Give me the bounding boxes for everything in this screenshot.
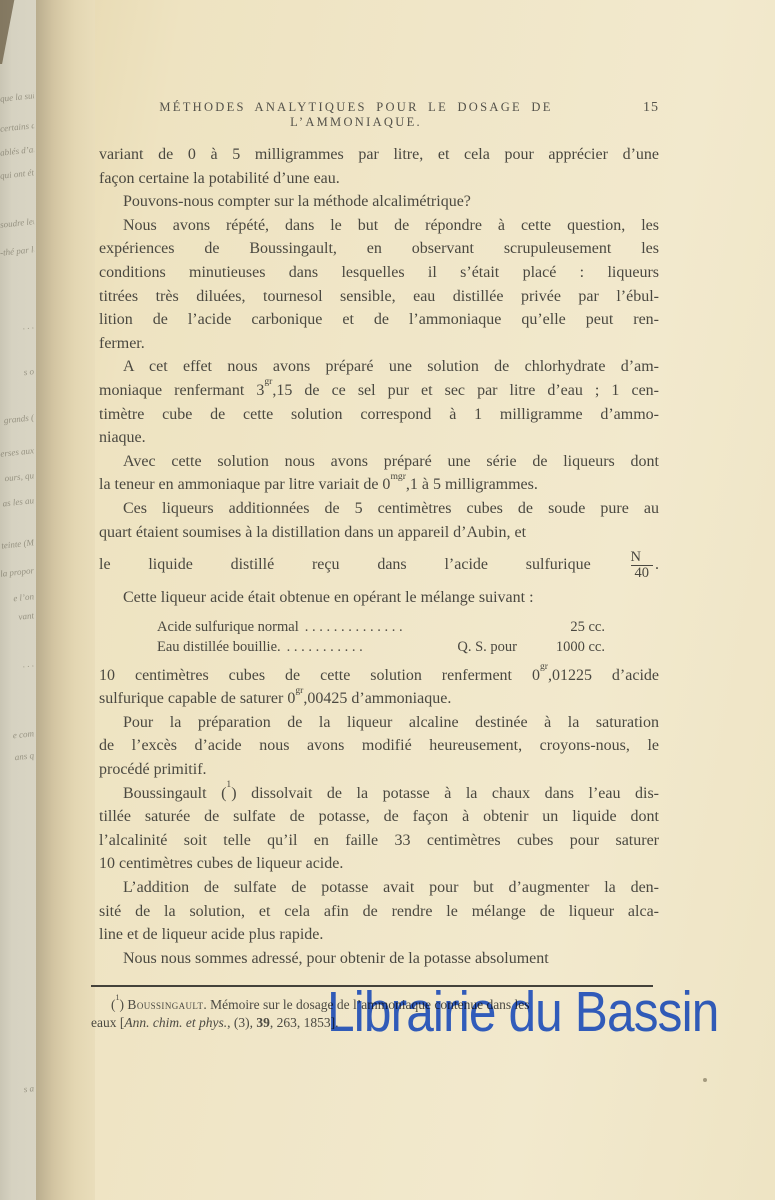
watermark-text: Librairie du Bassin [327,984,718,1041]
table-row-qualifier: Q. S. pour [457,637,517,657]
table-row-label: Acide sulfurique normal [157,617,299,637]
gutter-text-fragment: e l’on [0,591,34,604]
text-line: Nous nous sommes adressé, pour obtenir d… [99,947,659,971]
text-line: Avec cette solution nous avons préparé u… [99,450,659,474]
gutter-text-fragment: . . . [0,658,34,671]
text-line: timètre cube de cette solution correspon… [99,403,659,427]
gutter-text-fragment: vant [0,610,34,623]
dot-leader: . . . . . . . . . . . [287,637,452,657]
fraction-line-text: le liquide distillé reçu dans l’acide su… [99,556,629,573]
table-row: Eau distillée bouillie.. . . . . . . . .… [157,637,605,657]
gutter-text-fragment: . . . [0,320,34,333]
gutter-text-fragment: teinte (M [0,537,34,550]
gutter-text-fragment: ans q [0,750,34,763]
text-line: 10 centimètres cubes de cette solution r… [99,664,659,688]
text-line: Pour la préparation de la liqueur alcali… [99,711,659,735]
gutter-text-fragment: s a [0,1083,34,1096]
fraction: N40 [629,550,656,581]
page-content: MÉTHODES ANALYTIQUES POUR LE DOSAGE DE L… [99,0,659,1031]
text-line: quart étaient soumises à la distillation… [99,521,659,545]
text-line: tillée saturée de sulfate de potasse, de… [99,805,659,829]
text-line: variant de 0 à 5 milligrammes par litre,… [99,143,659,167]
gutter-text-fragment: -thé par la [0,244,34,257]
text-line: Nous avons répété, dans le but de répond… [99,214,659,238]
gutter-text-fragment: ours, qu [0,470,34,483]
text-line: conditions minutieuses dans lesquelles i… [99,261,659,285]
paper-speck [703,1078,707,1082]
page-number: 15 [613,100,659,116]
scanned-book-page: { "page": { "header": { "title": "MÉTHOD… [0,0,775,1200]
text-line: façon certaine la potabilité d’une eau. [99,167,659,191]
text-line: niaque. [99,426,659,450]
table-row-value: 25 cc. [531,617,605,637]
table-row: Acide sulfurique normal. . . . . . . . .… [157,617,605,637]
page-body: variant de 0 à 5 milligrammes par litre,… [99,143,659,970]
gutter-text-fragment: as les au [0,495,34,508]
fraction-numerator: N [631,550,654,565]
text-line: de l’excès d’acide nous avons modifié he… [99,734,659,758]
text-line: l’alcalinité soit telle qu’il en faille … [99,829,659,853]
text-line: sité de la solution, et cela afin de ren… [99,900,659,924]
gutter-text-fragment: erses aux [0,445,34,458]
gutter-text-fragment: que la suite [0,90,34,103]
text-line: Cette liqueur acide était obtenue en opé… [99,586,659,610]
gutter-text-fragment: soudre leur [0,216,34,229]
running-header: MÉTHODES ANALYTIQUES POUR LE DOSAGE DE L… [99,0,659,130]
text-line: Boussingault (1) dissolvait de la potass… [99,782,659,806]
text-line-with-fraction: le liquide distillé reçu dans l’acide su… [99,544,659,586]
book-page: MÉTHODES ANALYTIQUES POUR LE DOSAGE DE L… [95,0,775,1200]
gutter-text-fragment: grands ( [0,412,34,425]
header-title: MÉTHODES ANALYTIQUES POUR LE DOSAGE DE L… [99,100,613,130]
text-line: Ces liqueurs additionnées de 5 centimètr… [99,497,659,521]
text-line: Pouvons-nous compter sur la méthode alca… [99,190,659,214]
text-line: expériences de Boussingault, en observan… [99,237,659,261]
table-row-label: Eau distillée bouillie. [157,637,281,657]
text-line: moniaque renfermant 3gr,15 de ce sel pur… [99,379,659,403]
gutter-text-fragment: s o [0,366,34,379]
text-line: L’addition de sulfate de potasse avait p… [99,876,659,900]
gutter-text-fragment: ablés d’am [0,144,34,157]
gutter-text-fragment: certains dil [0,120,34,133]
text-line: lition de l’acide carbonique et de l’amm… [99,308,659,332]
fraction-denominator: 40 [631,565,654,581]
text-line: 10 centimètres cubes de liqueur acide. [99,852,659,876]
text-line: line et de liqueur acide plus rapide. [99,923,659,947]
text-line: fermer. [99,332,659,356]
text-line: la teneur en ammoniaque par litre variai… [99,473,659,497]
recipe-table: Acide sulfurique normal. . . . . . . . .… [157,617,605,657]
previous-page-edge: que la suitecertains dilablés d’amqui on… [0,0,40,1200]
dot-leader: . . . . . . . . . . . . . . [305,617,525,637]
text-line: titrées très diluées, tournesol sensible… [99,285,659,309]
text-line: sulfurique capable de saturer 0gr,00425 … [99,687,659,711]
gutter-text-fragment: e com [0,728,34,741]
table-row-value: 1000 cc. [531,637,605,657]
fraction-line-suffix: . [655,556,659,573]
text-line: A cet effet nous avons préparé une solut… [99,355,659,379]
text-line: procédé primitif. [99,758,659,782]
gutter-text-fragment: la propor [0,565,34,578]
gutter-text-fragment: qui ont été [0,167,34,180]
